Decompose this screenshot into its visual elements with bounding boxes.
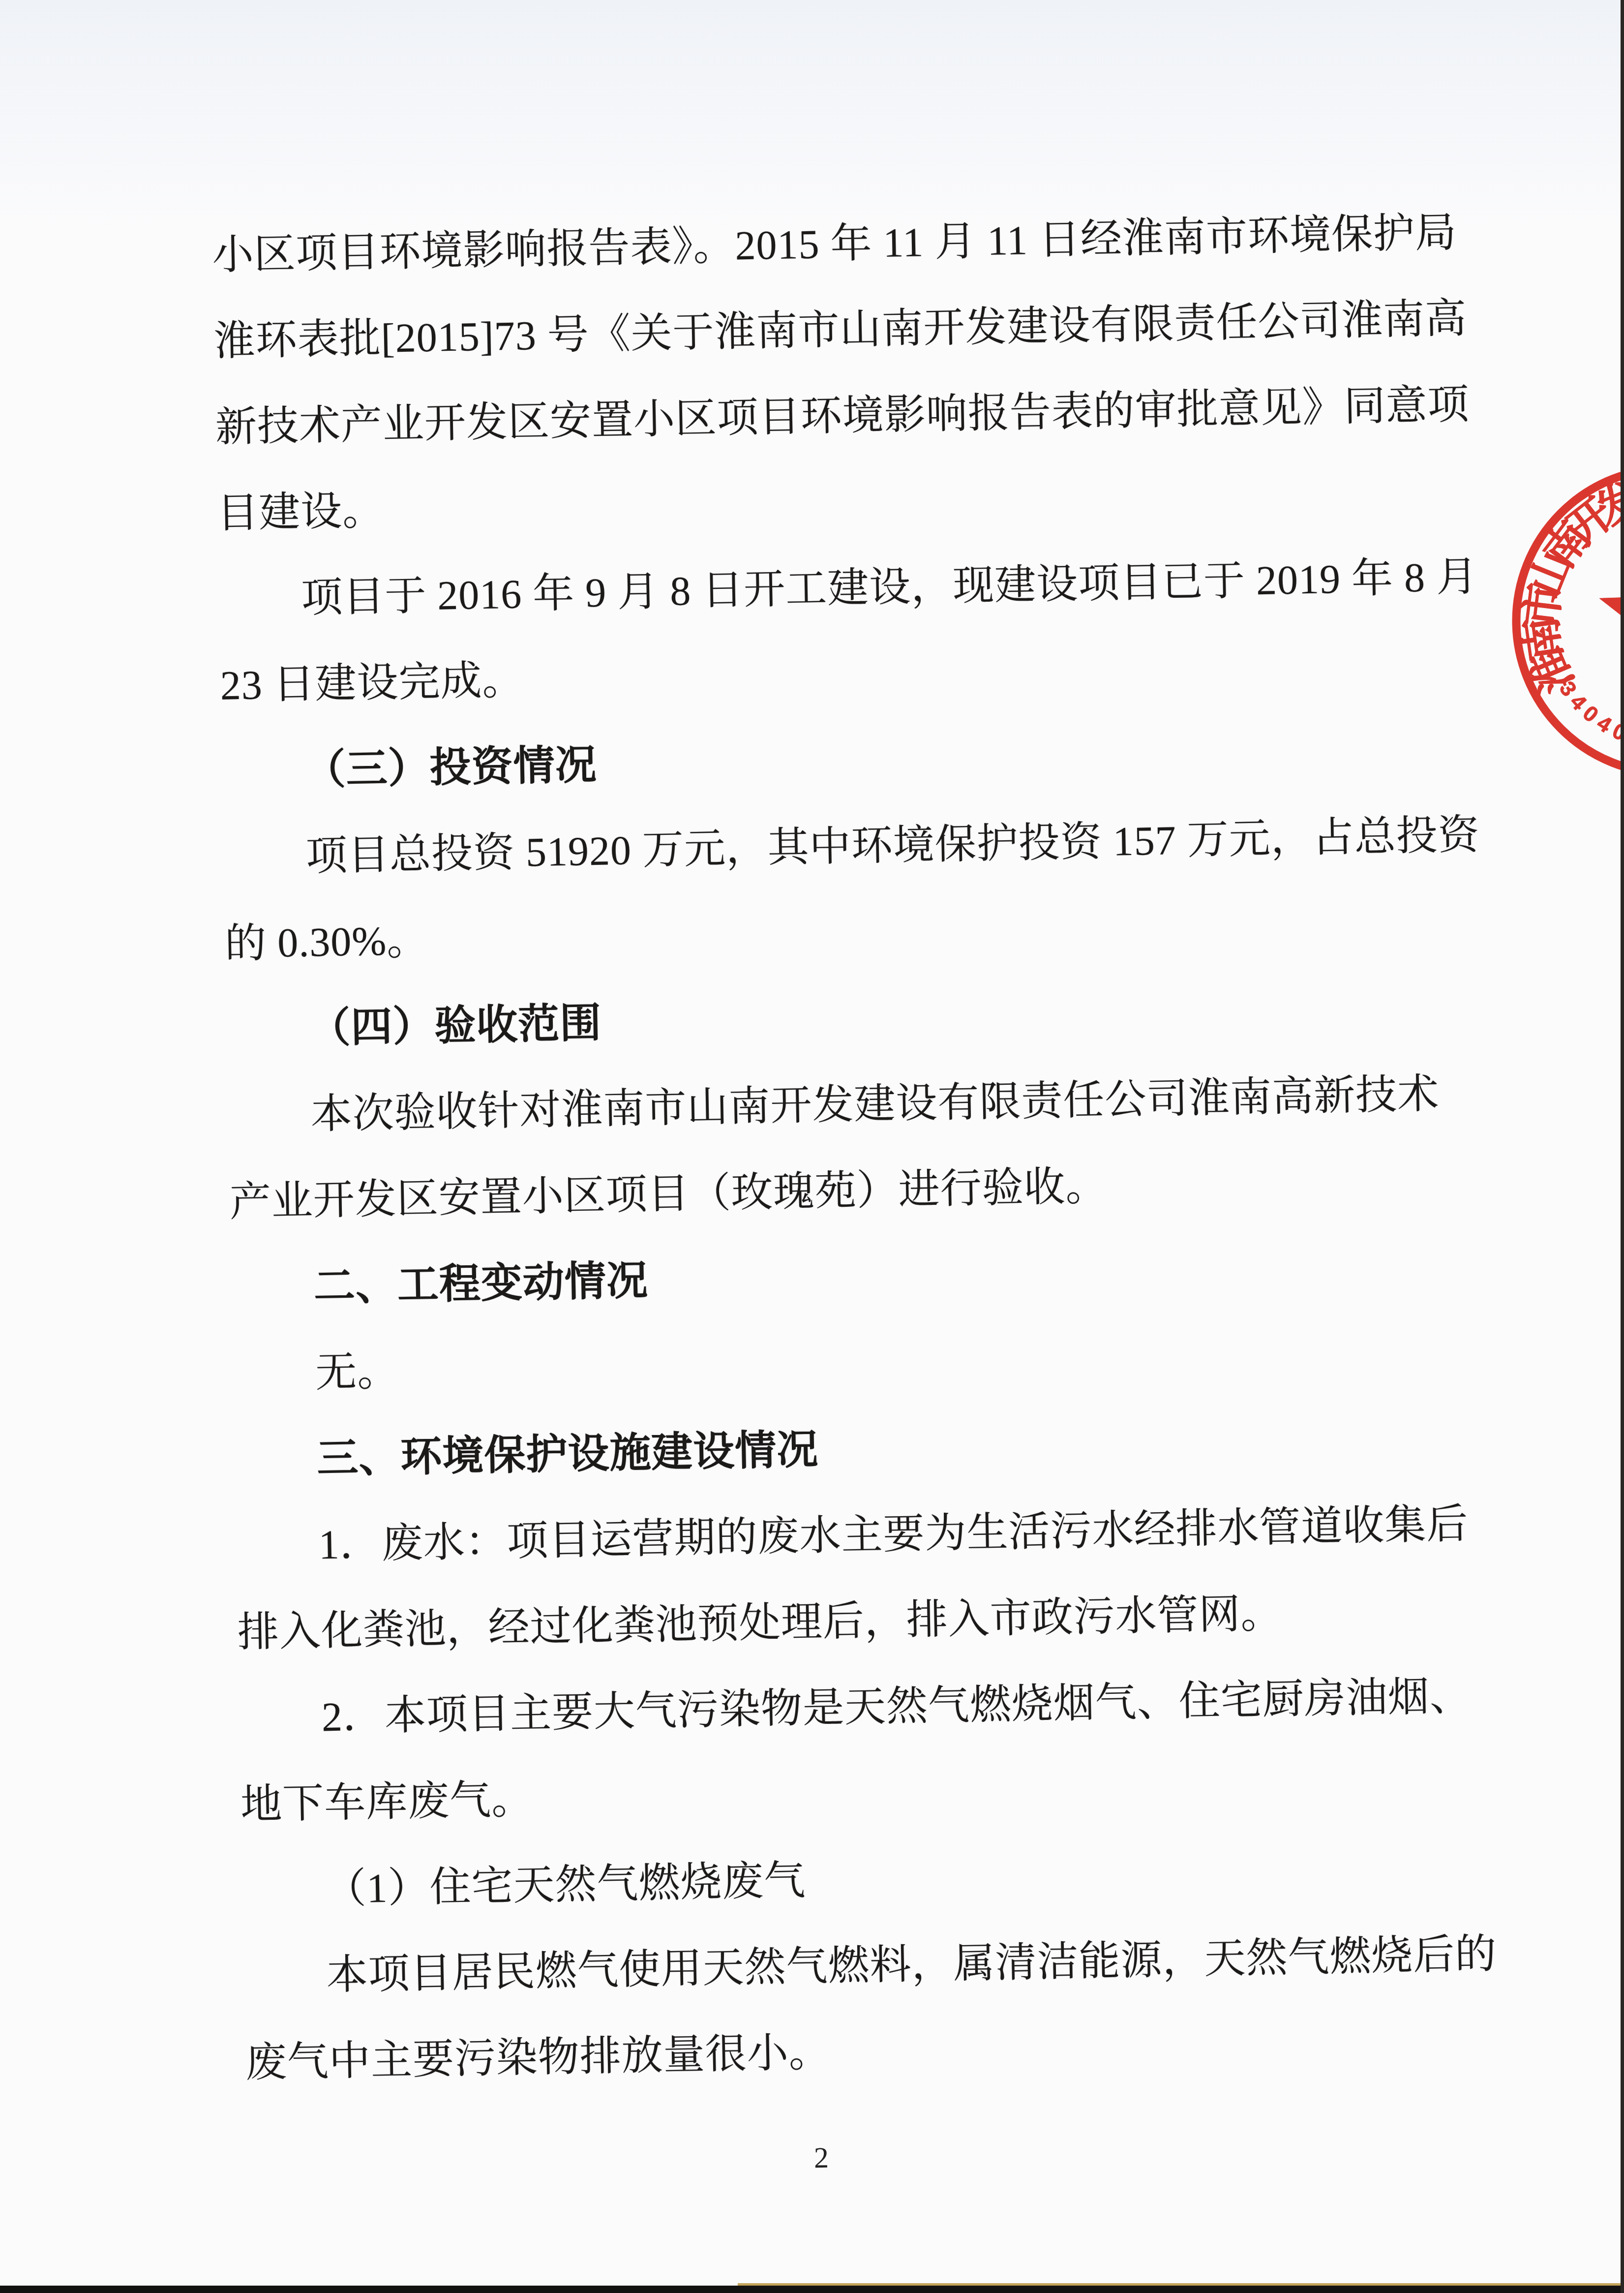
document-body: 小区项目环境影响报告表》。2015 年 11 月 11 日经淮南市环境保护局 淮…: [211, 189, 1525, 2106]
scanned-page: { "document": { "page_number": "2", "lin…: [0, 0, 1624, 2293]
scan-right-edge: [1621, 0, 1624, 2293]
company-seal-stamp: 淮 南 市 山 南 开 发 3 4 0 4 0: [1392, 433, 1624, 856]
scan-bottom-edge: [0, 2286, 1624, 2293]
page-number: 2: [813, 2141, 829, 2175]
